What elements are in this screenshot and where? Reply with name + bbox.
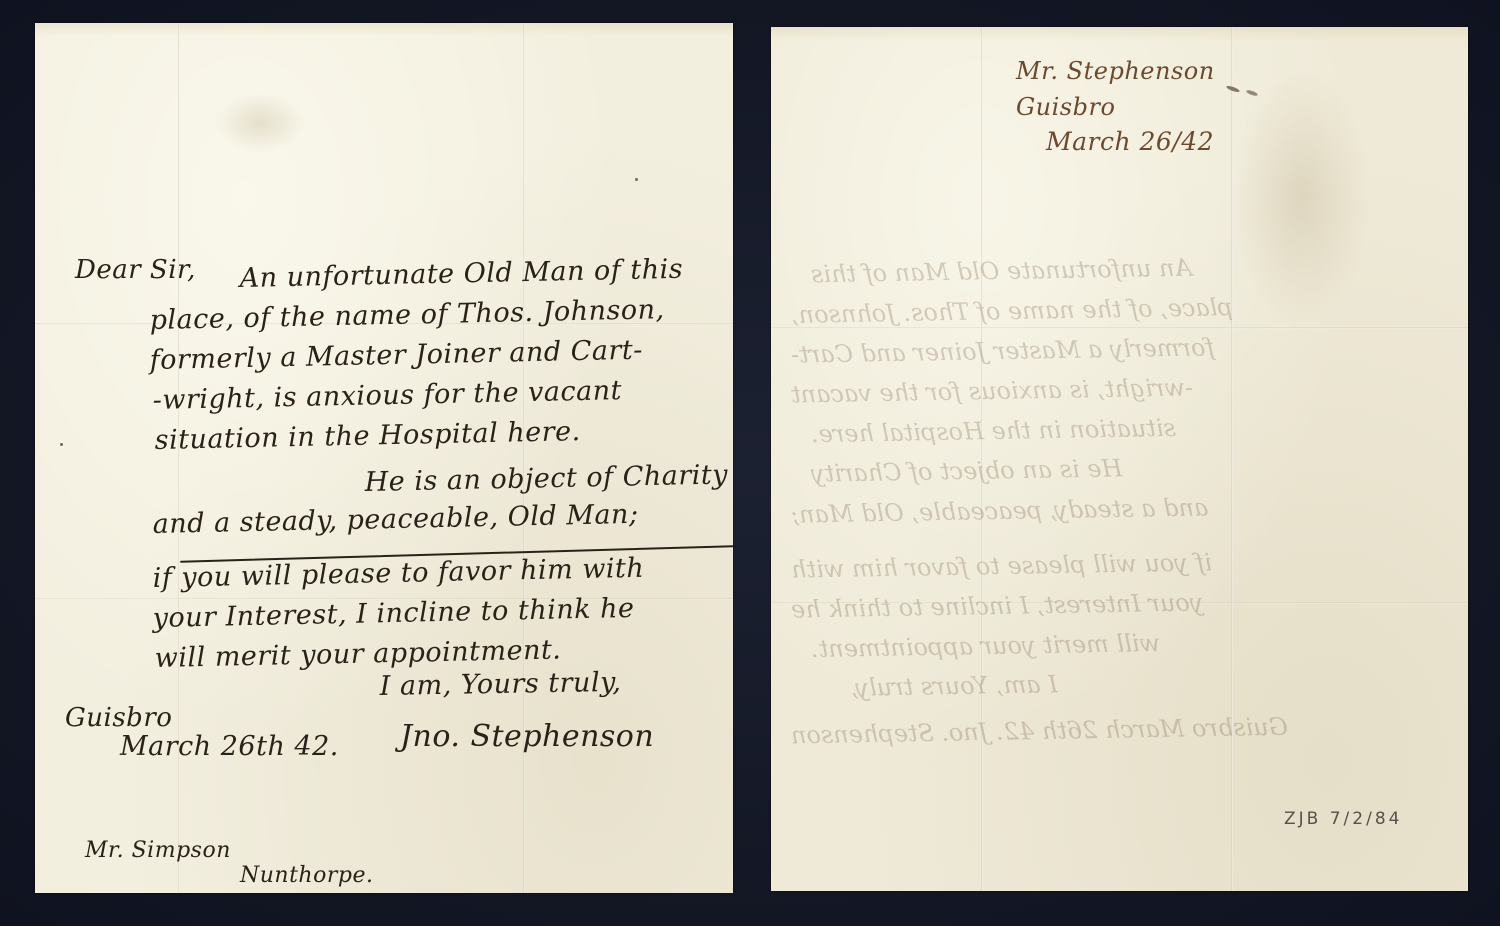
signature: Jno. Stephenson xyxy=(400,719,654,754)
closing: I am, Yours truly, xyxy=(379,667,621,702)
docket-date: March 26/42 xyxy=(1046,127,1214,156)
letter-line: formerly a Master Joiner and Cart- xyxy=(149,335,643,376)
letter-line: He is an object of Charity xyxy=(364,459,728,498)
bleed-through-line: I am, Yours truly, xyxy=(851,670,1058,702)
addressee-place: Nunthorpe. xyxy=(240,863,373,888)
docket-place: Guisbro xyxy=(1016,93,1115,121)
bleed-through-line: formerly a Master Joiner and Cart- xyxy=(791,333,1215,368)
docket-name: Mr. Stephenson xyxy=(1016,57,1215,85)
bleed-through-line: if you will please to favor him with xyxy=(791,548,1212,583)
letter-date: March 26th 42. xyxy=(120,731,339,762)
paper-stain xyxy=(215,93,305,153)
bleed-through-line: your Interest, I incline to think he xyxy=(791,588,1204,623)
letter-page-front: Dear Sir, An unfortunate Old Man of this… xyxy=(35,23,733,893)
ink-speck xyxy=(60,443,63,446)
bleed-through-line: situation in the Hospital here. xyxy=(811,414,1176,448)
letter-line: situation in the Hospital here. xyxy=(154,416,581,456)
bleed-through-line: place, of the name of Thos. Johnson, xyxy=(791,293,1233,329)
bleed-through-line: will merit your appointment. xyxy=(811,629,1161,663)
letter-line: and a steady, peaceable, Old Man; xyxy=(152,499,638,540)
letter-page-reverse: An unfortunate Old Man of this place, of… xyxy=(771,27,1468,891)
letter-line: An unfortunate Old Man of this xyxy=(239,254,683,294)
letter-line: place, of the name of Thos. Johnson, xyxy=(149,294,665,336)
ink-speck xyxy=(635,178,638,181)
bleed-through-line: Guisbro March 26th 42. Jno. Stephenson xyxy=(791,713,1288,750)
fold-crease xyxy=(178,23,180,893)
ink-blot xyxy=(1246,89,1259,97)
addressee-name: Mr. Simpson xyxy=(85,838,231,863)
ink-blot xyxy=(1226,85,1241,94)
bleed-through-line: -wright, is anxious for the vacant xyxy=(791,373,1193,408)
fold-crease xyxy=(1231,27,1233,891)
salutation: Dear Sir, xyxy=(75,255,196,285)
fold-crease xyxy=(523,23,525,893)
place-name: Guisbro xyxy=(65,703,172,733)
archive-reference: ZJB 7/2/84 xyxy=(1284,809,1402,829)
bleed-through-line: and a steady, peaceable, Old Man; xyxy=(791,493,1209,528)
paper-stain xyxy=(1231,67,1371,327)
bleed-through-line: An unfortunate Old Man of this xyxy=(811,254,1192,289)
bleed-through-line: He is an object of Charity xyxy=(811,454,1123,487)
letter-line: -wright, is anxious for the vacant xyxy=(152,375,622,416)
